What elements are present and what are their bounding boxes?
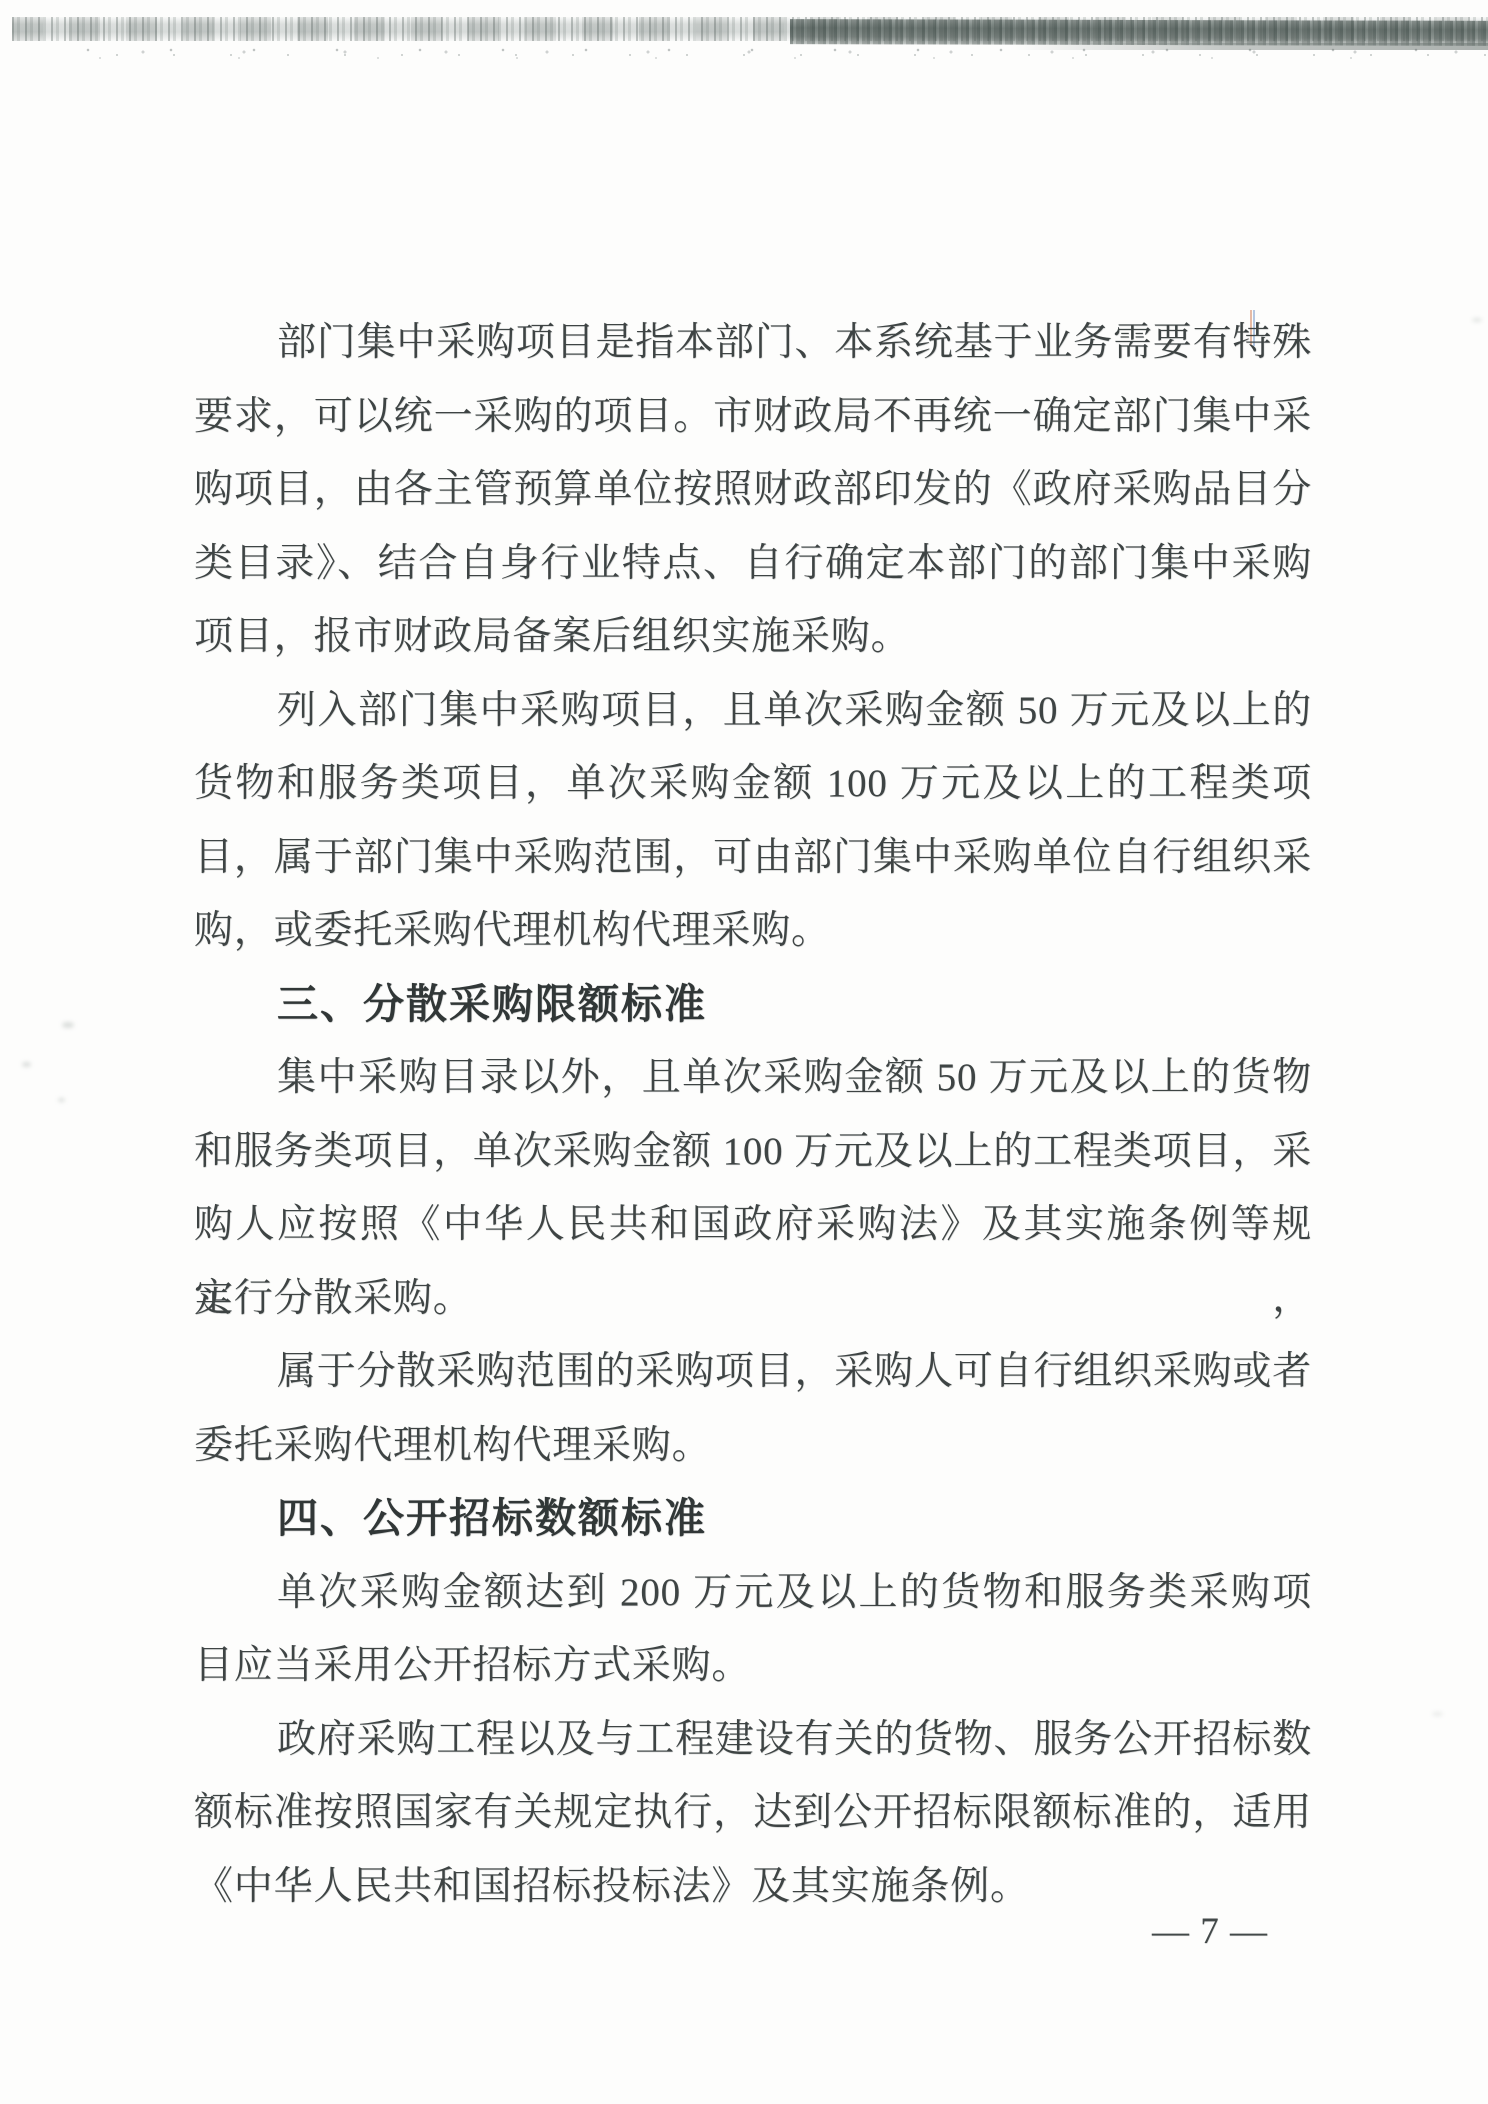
document-line: 《中华人民共和国招标投标法》及其实施条例。 bbox=[194, 1850, 1312, 1924]
document-line: 和服务类项目，单次采购金额 100 万元及以上的工程类项目，采 bbox=[194, 1115, 1312, 1189]
scanned-document-page: 部门集中采购项目是指本部门、本系统基于业务需要有特殊要求，可以统一采购的项目。市… bbox=[0, 0, 1488, 2104]
document-line: 目应当采用公开招标方式采购。 bbox=[194, 1629, 1312, 1703]
document-line: 单次采购金额达到 200 万元及以上的货物和服务类采购项 bbox=[194, 1556, 1312, 1630]
document-line: 购，或委托采购代理机构代理采购。 bbox=[194, 894, 1312, 968]
document-line: 货物和服务类项目，单次采购金额 100 万元及以上的工程类项 bbox=[194, 747, 1312, 821]
scan-smudge bbox=[62, 1022, 74, 1028]
document-line: 购项目，由各主管预算单位按照财政部印发的《政府采购品目分 bbox=[194, 453, 1312, 527]
document-line: 属于分散采购范围的采购项目，采购人可自行组织采购或者 bbox=[194, 1335, 1312, 1409]
scan-smudge bbox=[58, 1098, 65, 1102]
document-line: 类目录》、结合自身行业特点、自行确定本部门的部门集中采购 bbox=[194, 527, 1312, 601]
scan-smudge bbox=[22, 1062, 31, 1067]
document-line: 项目，报市财政局备案后组织实施采购。 bbox=[194, 600, 1312, 674]
document-line: 政府采购工程以及与工程建设有关的货物、服务公开招标数 bbox=[194, 1703, 1312, 1777]
document-line: 委托采购代理机构代理采购。 bbox=[194, 1409, 1312, 1483]
section-heading: 四、公开招标数额标准 bbox=[194, 1482, 1312, 1556]
section-heading: 三、分散采购限额标准 bbox=[194, 968, 1312, 1042]
scan-noise-band-dark bbox=[790, 19, 1488, 46]
document-line: 集中采购目录以外，且单次采购金额 50 万元及以上的货物 bbox=[194, 1041, 1312, 1115]
document-body: 部门集中采购项目是指本部门、本系统基于业务需要有特殊要求，可以统一采购的项目。市… bbox=[194, 306, 1312, 1923]
page-number: — 7 — bbox=[1152, 1907, 1352, 1957]
scan-smudge bbox=[1472, 318, 1482, 322]
document-line: 列入部门集中采购项目，且单次采购金额 50 万元及以上的 bbox=[194, 674, 1312, 748]
document-line: 部门集中采购项目是指本部门、本系统基于业务需要有特殊 bbox=[194, 306, 1312, 380]
document-line: 额标准按照国家有关规定执行，达到公开招标限额标准的，适用 bbox=[194, 1776, 1312, 1850]
document-line: 要求，可以统一采购的项目。市财政局不再统一确定部门集中采 bbox=[194, 380, 1312, 454]
document-line: 购人应按照《中华人民共和国政府采购法》及其实施条例等规定， bbox=[194, 1188, 1312, 1262]
document-line: 目，属于部门集中采购范围，可由部门集中采购单位自行组织采 bbox=[194, 821, 1312, 895]
scan-smudge bbox=[1432, 1712, 1443, 1716]
scan-speckles bbox=[80, 46, 1488, 61]
